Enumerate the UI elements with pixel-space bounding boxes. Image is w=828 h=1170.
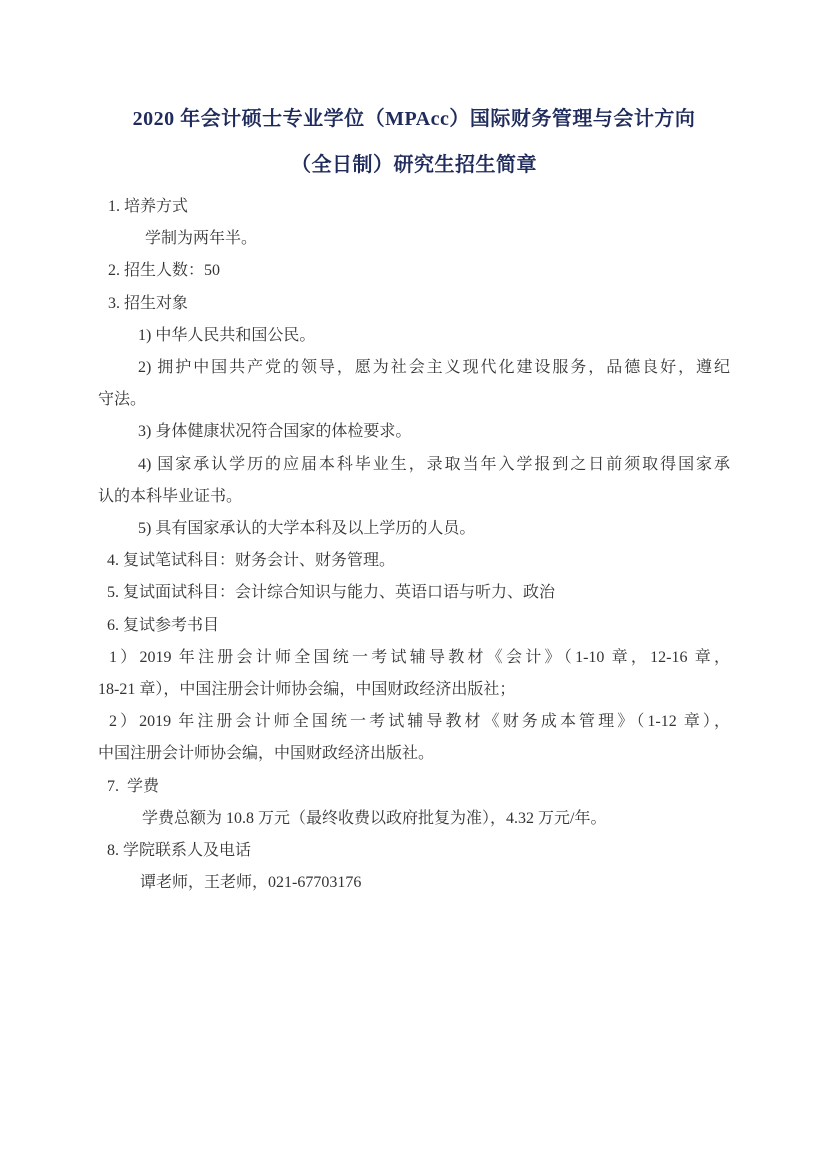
text-line: 2. 招生人数：50 (98, 255, 730, 287)
text-line: 学费总额为 10.8 万元（最终收费以政府批复为准），4.32 万元/年。 (98, 803, 730, 835)
text-line: 中国注册会计师协会编，中国财政经济出版社。 (98, 738, 730, 770)
document-title-line2: （全日制）研究生招生简章 (98, 142, 730, 188)
text-line: 认的本科毕业证书。 (98, 481, 730, 513)
document-content: 2020 年会计硕士专业学位（MPAcc）国际财务管理与会计方向 （全日制）研究… (0, 0, 828, 899)
text-line: 1. 培养方式 (98, 191, 730, 223)
text-line: 8. 学院联系人及电话 (98, 835, 730, 867)
text-line: 3) 身体健康状况符合国家的体检要求。 (98, 416, 730, 448)
text-line: 4. 复试笔试科目：财务会计、财务管理。 (98, 545, 730, 577)
text-line: 6. 复试参考书目 (98, 610, 730, 642)
text-line: 5) 具有国家承认的大学本科及以上学历的人员。 (98, 513, 730, 545)
text-line: 3. 招生对象 (98, 288, 730, 320)
text-line: 学制为两年半。 (98, 223, 730, 255)
document-page: 2020 年会计硕士专业学位（MPAcc）国际财务管理与会计方向 （全日制）研究… (0, 0, 828, 1170)
document-body: 1. 培养方式学制为两年半。2. 招生人数：503. 招生对象1) 中华人民共和… (98, 191, 730, 899)
text-line: 2) 拥护中国共产党的领导，愿为社会主义现代化建设服务，品德良好，遵纪 (98, 352, 730, 384)
text-line: 18-21 章），中国注册会计师协会编，中国财政经济出版社； (98, 674, 730, 706)
text-line: 4) 国家承认学历的应届本科毕业生，录取当年入学报到之日前须取得国家承 (98, 449, 730, 481)
text-line: 1) 中华人民共和国公民。 (98, 320, 730, 352)
text-line: 守法。 (98, 384, 730, 416)
text-line: 2）2019 年注册会计师全国统一考试辅导教材《财务成本管理》（1-12 章）， (98, 706, 730, 738)
text-line: 谭老师，王老师，021-67703176 (98, 867, 730, 899)
text-line: 1）2019 年注册会计师全国统一考试辅导教材《会计》（1-10 章，12-16… (98, 642, 730, 674)
text-line: 7. 学费 (98, 771, 730, 803)
text-line: 5. 复试面试科目：会计综合知识与能力、英语口语与听力、政治 (98, 577, 730, 609)
document-title-line1: 2020 年会计硕士专业学位（MPAcc）国际财务管理与会计方向 (98, 96, 730, 142)
